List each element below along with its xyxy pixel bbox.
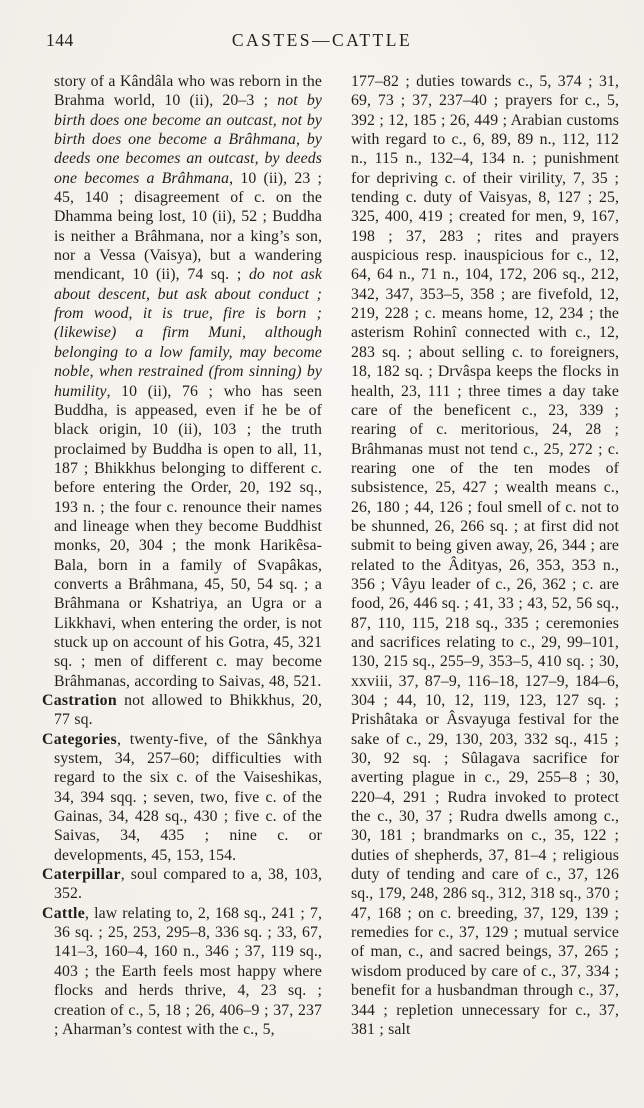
entry-text: , law relating to, 2, 168 sq., 241 ; 7, … (54, 905, 322, 1038)
left-column: story of a Kândâla who was reborn in the… (42, 72, 322, 1039)
entry-text: , 10 (ii), 76 ; who has seen Buddha, is … (54, 383, 322, 690)
entry-headword: Caterpillar (42, 866, 121, 883)
entry-headword: Cattle (42, 905, 85, 922)
entry-text: 177–82 ; duties towards c., 5, 374 ; 31,… (351, 73, 619, 1038)
running-title: CASTES—CATTLE (232, 30, 412, 50)
right-column: 177–82 ; duties towards c., 5, 374 ; 31,… (339, 72, 619, 1039)
index-entry-continuation: 177–82 ; duties towards c., 5, 374 ; 31,… (339, 72, 619, 1039)
index-entry: Castration not allowed to Bhikkhus, 20, … (42, 691, 322, 730)
book-page: 144 CASTES—CATTLE story of a Kândâla who… (0, 0, 644, 1108)
text-columns: story of a Kândâla who was reborn in the… (0, 56, 644, 1039)
entry-headword: Castration (42, 692, 117, 709)
quoted-passage: do not ask about descent, but ask about … (54, 266, 322, 399)
index-entry-continuation: story of a Kândâla who was reborn in the… (42, 72, 322, 691)
index-entry: Cattle, law relating to, 2, 168 sq., 241… (42, 904, 322, 1039)
page-header: 144 CASTES—CATTLE (0, 30, 644, 56)
index-entry: Caterpillar, soul compared to a, 38, 103… (42, 865, 322, 904)
index-entry: Categories, twenty-five, of the Sânkhya … (42, 730, 322, 865)
page-number: 144 (46, 30, 74, 51)
entry-headword: Categories (42, 731, 117, 748)
entry-text: , twenty-five, of the Sânkhya system, 34… (54, 731, 322, 864)
